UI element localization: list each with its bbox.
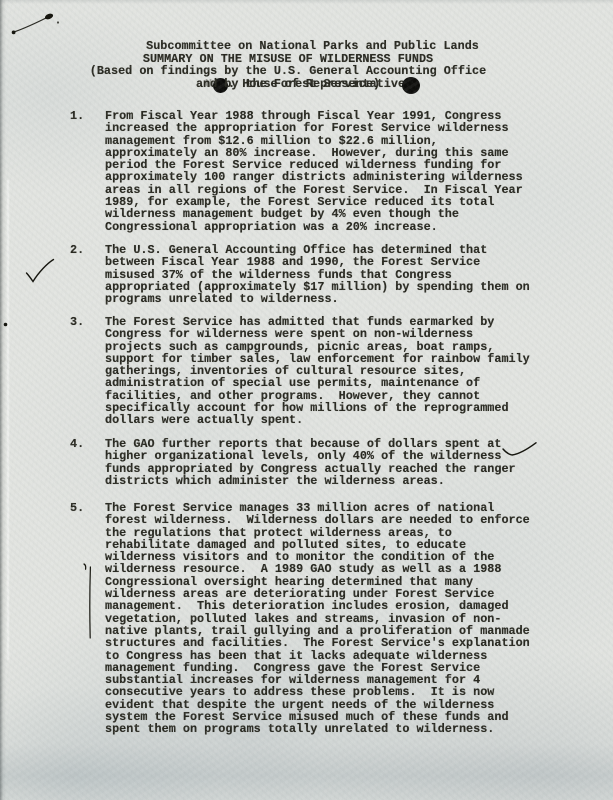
- list-item-3: 3. The Forest Service has admitted that …: [70, 316, 570, 427]
- list-item-2: 2. The U.S. General Accounting Office ha…: [70, 244, 570, 305]
- header-line-subcommittee: Subcommittee on National Parks and Publi…: [12, 40, 613, 52]
- paper-crease: [7, 180, 9, 660]
- checkmark-icon: [24, 258, 56, 286]
- item-text: The Forest Service has admitted that fun…: [105, 316, 530, 427]
- document-title: SUMMARY ON THE MISUSE OF WILDERNESS FUND…: [0, 53, 613, 90]
- list-item-1: 1. From Fiscal Year 1988 through Fiscal …: [70, 110, 570, 233]
- item-number: 1.: [70, 110, 105, 233]
- item-text: The GAO further reports that because of …: [105, 438, 516, 487]
- item-number: 2.: [70, 244, 105, 305]
- item-text: From Fiscal Year 1988 through Fiscal Yea…: [105, 110, 523, 233]
- scanned-document-page: Subcommittee on National Parks and Publi…: [0, 0, 613, 800]
- list-item-4: 4. The GAO further reports that because …: [70, 438, 570, 487]
- list-item-5: 5. The Forest Service manages 33 million…: [70, 502, 570, 736]
- item-number: 3.: [70, 316, 105, 427]
- item-text: The Forest Service manages 33 million ac…: [105, 502, 530, 736]
- item-number: 5.: [70, 502, 105, 736]
- item-number: 4.: [70, 438, 105, 487]
- item-text: The U.S. General Accounting Office has d…: [105, 244, 530, 305]
